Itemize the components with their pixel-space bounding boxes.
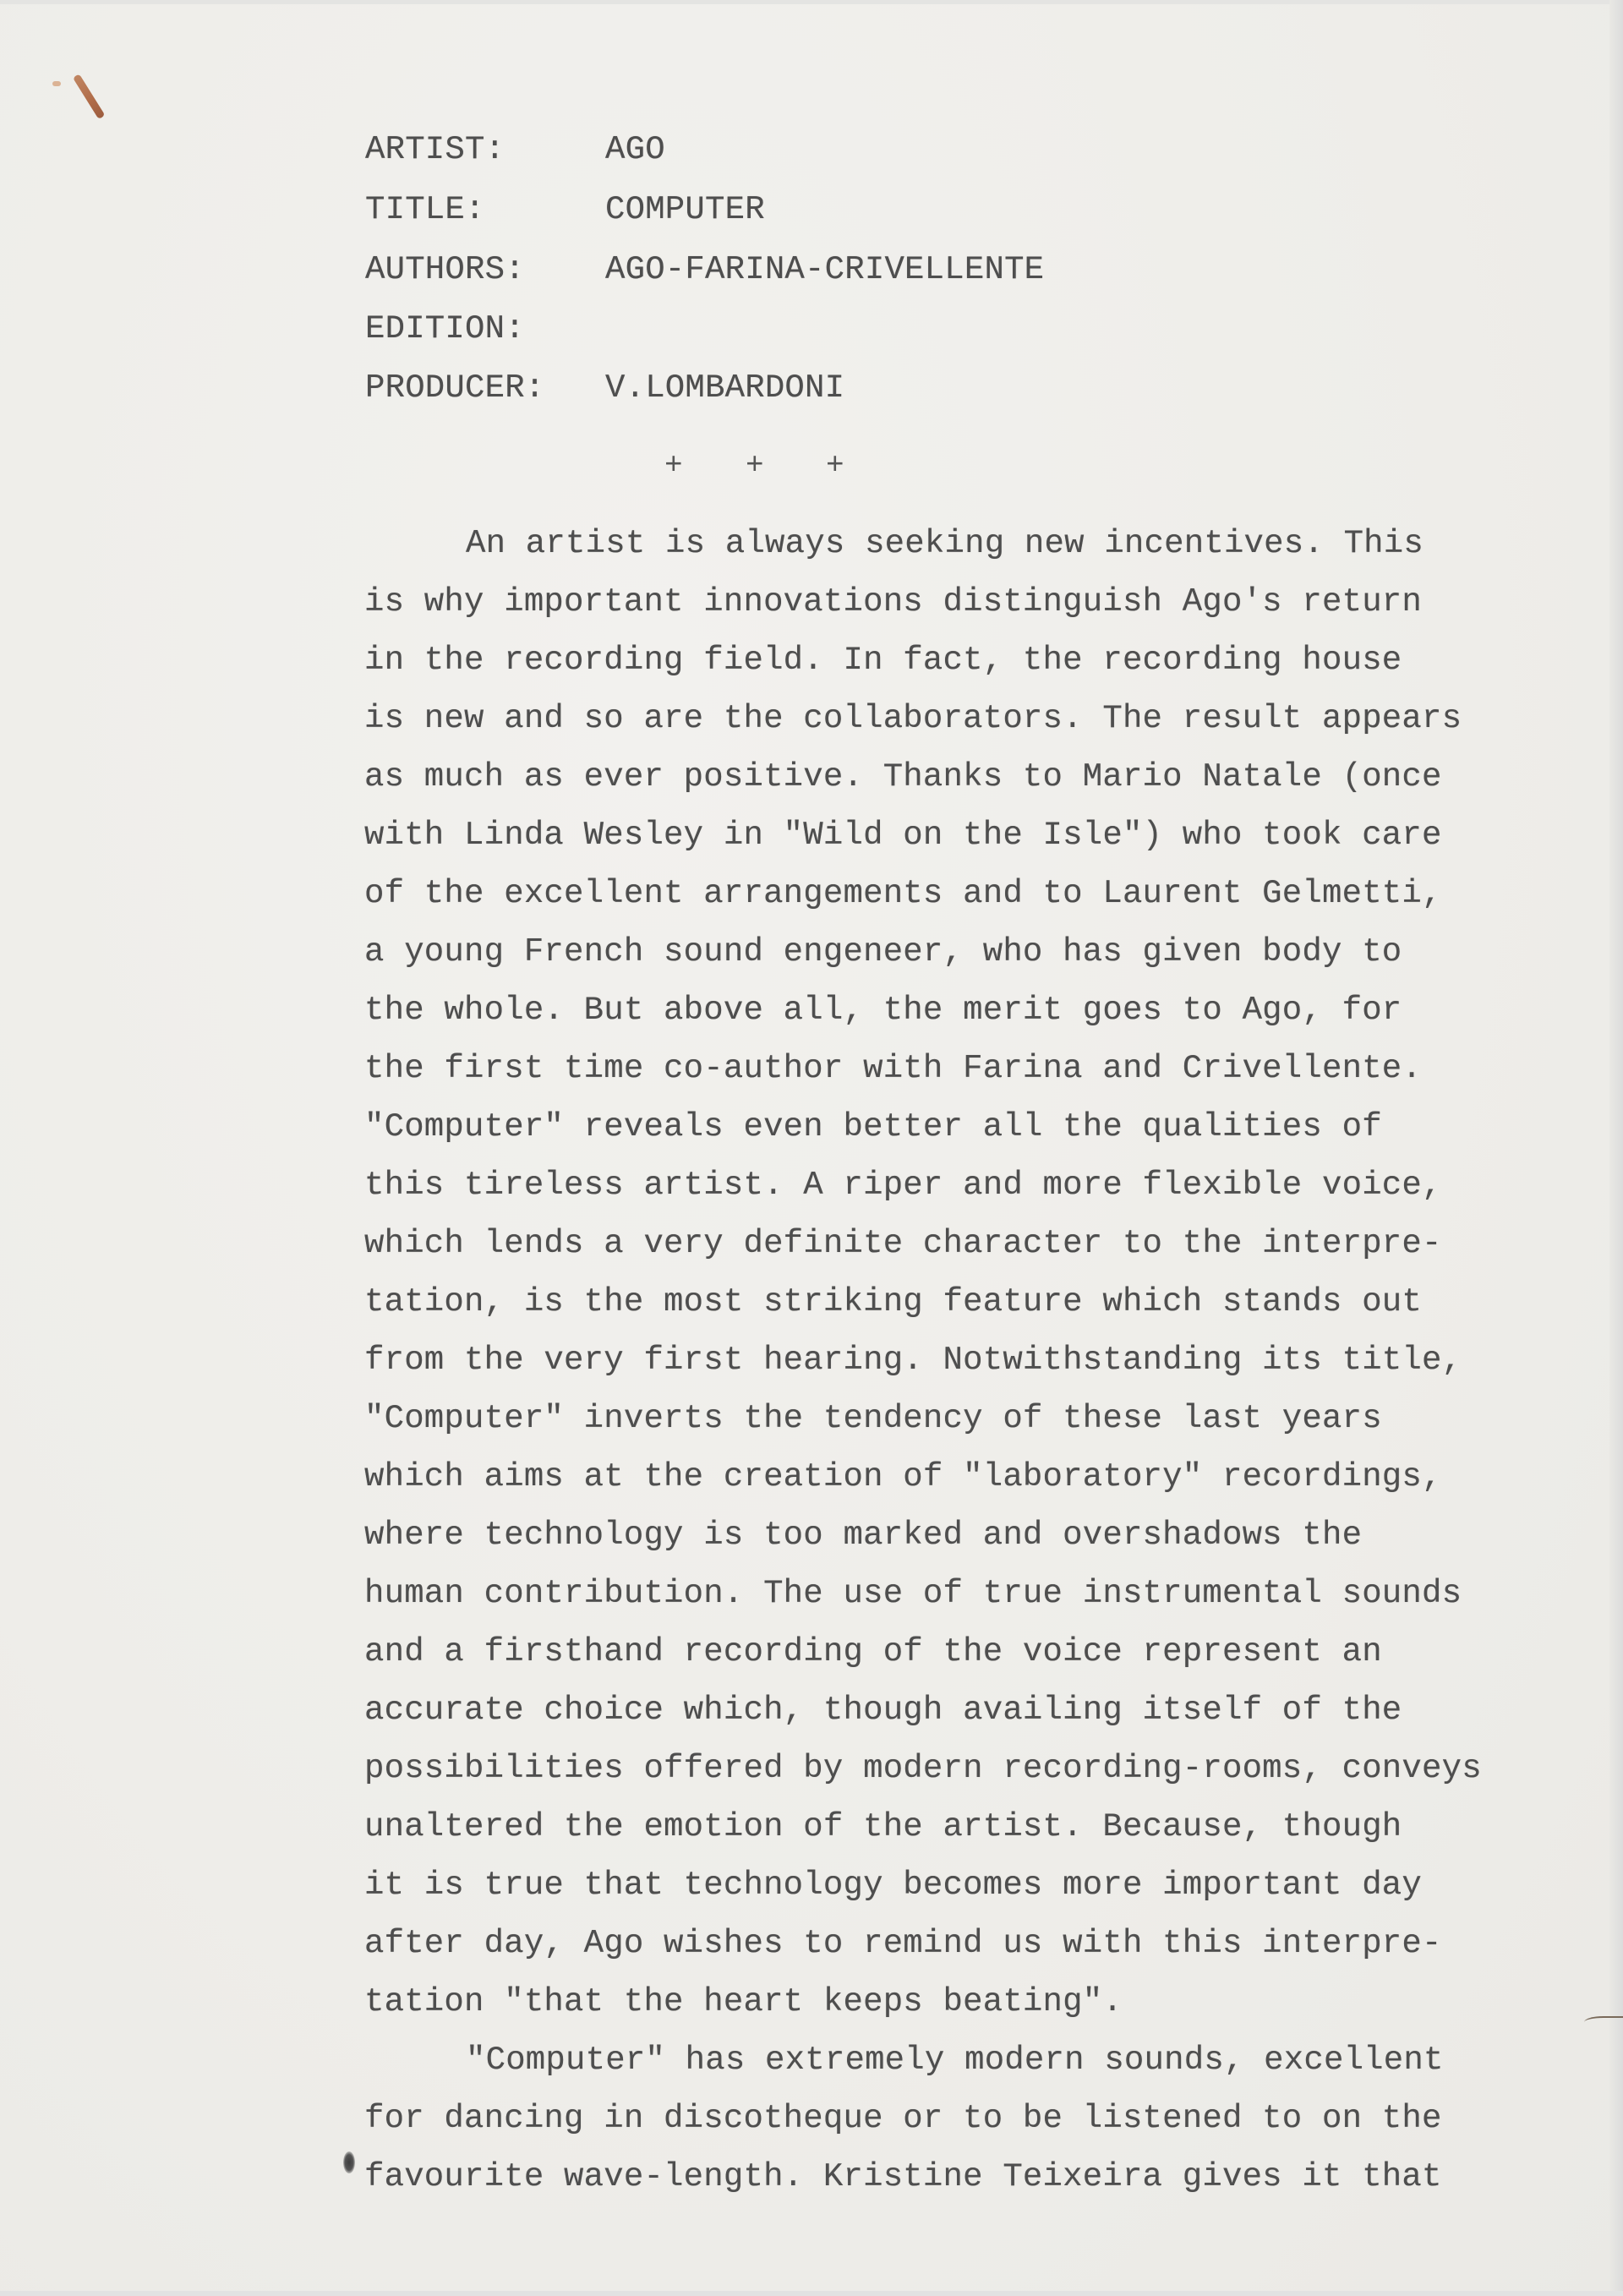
paper-bottom-edge <box>0 2291 1623 2296</box>
body-text-line: human contribution. The use of true inst… <box>364 1577 1462 1610</box>
body-text-line: is new and so are the collaborators. The… <box>364 702 1462 735</box>
body-text-line: as much as ever positive. Thanks to Mari… <box>364 761 1442 794</box>
plus-sign: + <box>826 451 844 481</box>
body-text-line: tation "that the heart keeps beating". <box>364 1986 1123 2019</box>
body-text-line: possibilities offered by modern recordin… <box>364 1752 1482 1785</box>
body-text-line: for dancing in discotheque or to be list… <box>364 2102 1442 2135</box>
body-text-line: the first time co-author with Farina and… <box>364 1052 1422 1085</box>
plus-sign: + <box>664 451 683 481</box>
paper-right-edge <box>1609 0 1623 2296</box>
body-text-line: accurate choice which, though availing i… <box>364 1694 1402 1727</box>
body-text-line: with Linda Wesley in "Wild on the Isle")… <box>364 819 1442 852</box>
body-text-line: where technology is too marked and overs… <box>364 1519 1362 1552</box>
rust-speck <box>52 81 61 86</box>
header-label: PRODUCER: <box>365 372 544 405</box>
body-text-line: tation, is the most striking feature whi… <box>364 1286 1422 1319</box>
edge-mark <box>1584 2016 1623 2028</box>
body-text-line: this tireless artist. A riper and more f… <box>364 1169 1442 1202</box>
body-text-line: "Computer" inverts the tendency of these… <box>364 1402 1382 1435</box>
body-text-line: An artist is always seeking new incentiv… <box>466 528 1424 560</box>
body-text-line: after day, Ago wishes to remind us with … <box>364 1927 1442 1960</box>
header-label: ARTIST: <box>365 134 505 167</box>
header-label: TITLE: <box>365 194 485 227</box>
body-text-line: of the excellent arrangements and to Lau… <box>364 877 1442 910</box>
body-text-line: in the recording field. In fact, the rec… <box>364 644 1402 677</box>
ink-blot <box>343 2151 355 2173</box>
body-text-line: and a firsthand recording of the voice r… <box>364 1636 1382 1669</box>
header-value: COMPUTER <box>605 194 765 227</box>
header-value: AGO-FARINA-CRIVELLENTE <box>605 254 1044 287</box>
body-text-line: the whole. But above all, the merit goes… <box>364 994 1402 1027</box>
body-text-line: "Computer" reveals even better all the q… <box>364 1111 1382 1144</box>
typewritten-page: ARTIST:AGOTITLE:COMPUTERAUTHORS:AGO-FARI… <box>0 0 1623 2296</box>
body-text-line: a young French sound engeneer, who has g… <box>364 936 1402 969</box>
body-text-line: favourite wave-length. Kristine Teixeira… <box>364 2161 1442 2194</box>
header-value: V.LOMBARDONI <box>605 372 844 405</box>
body-text-line: "Computer" has extremely modern sounds, … <box>466 2044 1444 2077</box>
header-value: AGO <box>605 134 665 167</box>
plus-sign: + <box>746 451 764 481</box>
body-text-line: unaltered the emotion of the artist. Bec… <box>364 1811 1402 1844</box>
body-text-line: from the very first hearing. Notwithstan… <box>364 1344 1462 1377</box>
rust-staple-mark <box>73 74 105 119</box>
header-label: AUTHORS: <box>365 254 525 287</box>
body-text-line: is why important innovations distinguish… <box>364 586 1422 619</box>
body-text-line: which lends a very definite character to… <box>364 1227 1442 1260</box>
header-label: EDITION: <box>365 313 525 346</box>
paper-top-edge <box>0 0 1623 4</box>
body-text-line: which aims at the creation of "laborator… <box>364 1461 1442 1494</box>
body-text-line: it is true that technology becomes more … <box>364 1869 1422 1902</box>
